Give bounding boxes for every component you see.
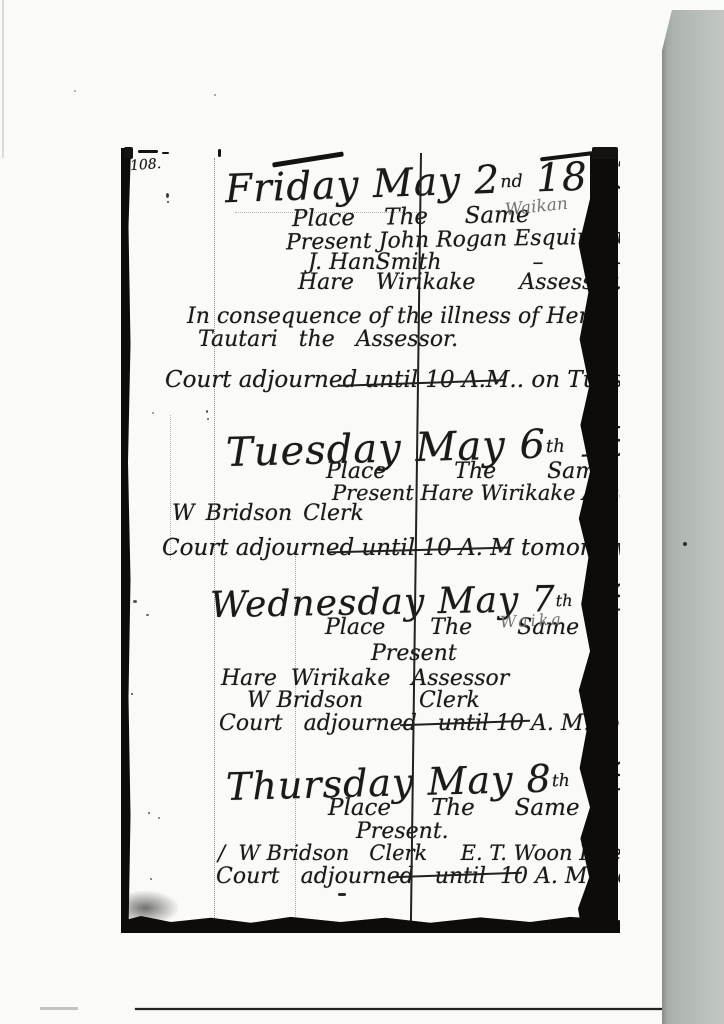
official-line: Hare Wirikake Assessor. bbox=[298, 272, 620, 294]
ink-speck bbox=[207, 418, 209, 420]
adjournment-line: Court adjourned until 10 A. M tomorrow bbox=[162, 537, 620, 560]
ink-speck bbox=[150, 878, 152, 880]
page-number: 108. bbox=[130, 157, 162, 173]
ink-smudge bbox=[218, 149, 221, 157]
scan-region: 108. Friday May 2nd 1873 Place The Same … bbox=[0, 0, 620, 1024]
margin-note: Waika bbox=[500, 611, 565, 630]
ink-speck bbox=[166, 193, 169, 198]
place-line: Place The Same bbox=[326, 461, 609, 483]
scanned-manuscript-page: 108. Friday May 2nd 1873 Place The Same … bbox=[0, 0, 724, 1024]
ink-speck bbox=[152, 412, 154, 414]
scan-border-left bbox=[121, 148, 131, 933]
official-line: W Bridson Clerk bbox=[172, 503, 364, 525]
paper-speck bbox=[214, 94, 216, 96]
paper-speck bbox=[74, 90, 76, 92]
ink-speck bbox=[683, 542, 687, 546]
scan-border-bottom bbox=[121, 916, 620, 933]
ink-speck bbox=[133, 600, 137, 603]
note-line: In consequence of the illness of Hemi bbox=[187, 306, 606, 328]
heading-ordinal: th bbox=[546, 436, 565, 457]
ink-smudge bbox=[592, 147, 618, 159]
heading-ordinal: nd bbox=[500, 172, 523, 193]
official-line: Hare Wirikake Assessor bbox=[221, 668, 509, 690]
ink-speck bbox=[167, 201, 169, 203]
ink-speck bbox=[131, 693, 133, 695]
scan-corner-smudge bbox=[122, 890, 180, 920]
ink-speck bbox=[148, 812, 150, 814]
book-page-edge-band bbox=[662, 10, 724, 1024]
present-label: Present. bbox=[356, 821, 449, 843]
ink-speck bbox=[338, 893, 346, 896]
ink-speck bbox=[158, 817, 160, 819]
ink-smudge bbox=[124, 147, 133, 159]
place-line: Place The Same bbox=[328, 797, 580, 820]
ink-smudge bbox=[138, 150, 158, 153]
official-line: W Bridson Clerk bbox=[247, 690, 480, 712]
adjournment-line: Court adjourned until 10 A.M.. on Tuesda… bbox=[165, 369, 620, 392]
heading-ordinal: th bbox=[552, 771, 570, 791]
heading-ordinal: th bbox=[556, 591, 573, 610]
ink-speck bbox=[146, 614, 149, 616]
ink-speck bbox=[206, 410, 208, 413]
official-line: / W Bridson Clerk E. T. Woon Interpreter bbox=[218, 843, 620, 864]
ink-smudge bbox=[162, 152, 169, 154]
present-line: Present Hare Wirikake Assessor bbox=[332, 483, 620, 504]
margin-note: Waikan bbox=[504, 196, 568, 219]
